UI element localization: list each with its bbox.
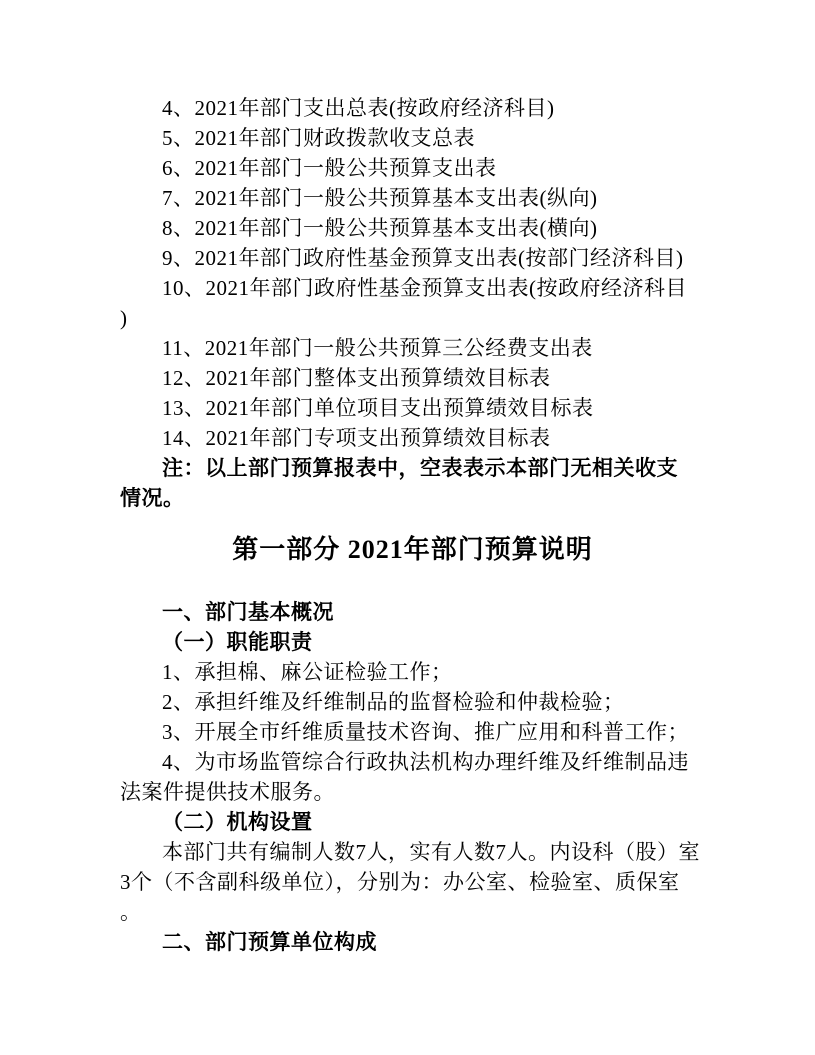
text-line: 4、为市场监管综合行政执法机构办理纤维及纤维制品违: [120, 747, 705, 777]
text-line: 3、开展全市纤维质量技术咨询、推广应用和科普工作；: [120, 717, 705, 747]
text-line: 7、2021年部门一般公共预算基本支出表(纵向): [120, 183, 705, 213]
text-line: 二、部门预算单位构成: [120, 927, 705, 957]
text-line: （一）职能职责: [120, 627, 705, 657]
section-heading: 第一部分 2021年部门预算说明: [120, 533, 705, 567]
text-line: ): [120, 303, 705, 333]
text-line: 13、2021年部门单位项目支出预算绩效目标表: [120, 393, 705, 423]
document-page: 4、2021年部门支出总表(按政府经济科目)5、2021年部门财政拨款收支总表6…: [0, 0, 815, 1055]
text-line: 4、2021年部门支出总表(按政府经济科目): [120, 93, 705, 123]
text-line: 本部门共有编制人数7人，实有人数7人。内设科（股）室: [120, 837, 705, 867]
text-line: 。: [120, 897, 705, 927]
document-content: 4、2021年部门支出总表(按政府经济科目)5、2021年部门财政拨款收支总表6…: [0, 0, 815, 957]
text-line: 5、2021年部门财政拨款收支总表: [120, 123, 705, 153]
text-line: 12、2021年部门整体支出预算绩效目标表: [120, 363, 705, 393]
text-line: 注：以上部门预算报表中，空表表示本部门无相关收支: [120, 453, 705, 483]
report-table-list: 4、2021年部门支出总表(按政府经济科目)5、2021年部门财政拨款收支总表6…: [120, 93, 705, 513]
text-line: 2、承担纤维及纤维制品的监督检验和仲裁检验；: [120, 687, 705, 717]
text-line: 10、2021年部门政府性基金预算支出表(按政府经济科目: [120, 273, 705, 303]
text-line: 11、2021年部门一般公共预算三公经费支出表: [120, 333, 705, 363]
text-line: 情况。: [120, 483, 705, 513]
text-line: 9、2021年部门政府性基金预算支出表(按部门经济科目): [120, 243, 705, 273]
text-line: 8、2021年部门一般公共预算基本支出表(横向): [120, 213, 705, 243]
text-line: 一、部门基本概况: [120, 597, 705, 627]
text-line: 6、2021年部门一般公共预算支出表: [120, 153, 705, 183]
text-line: 14、2021年部门专项支出预算绩效目标表: [120, 423, 705, 453]
text-line: 3个（不含副科级单位），分别为：办公室、检验室、质保室: [120, 867, 705, 897]
budget-description: 一、部门基本概况（一）职能职责1、承担棉、麻公证检验工作；2、承担纤维及纤维制品…: [120, 597, 705, 957]
text-line: 法案件提供技术服务。: [120, 777, 705, 807]
text-line: （二）机构设置: [120, 807, 705, 837]
text-line: 1、承担棉、麻公证检验工作；: [120, 657, 705, 687]
